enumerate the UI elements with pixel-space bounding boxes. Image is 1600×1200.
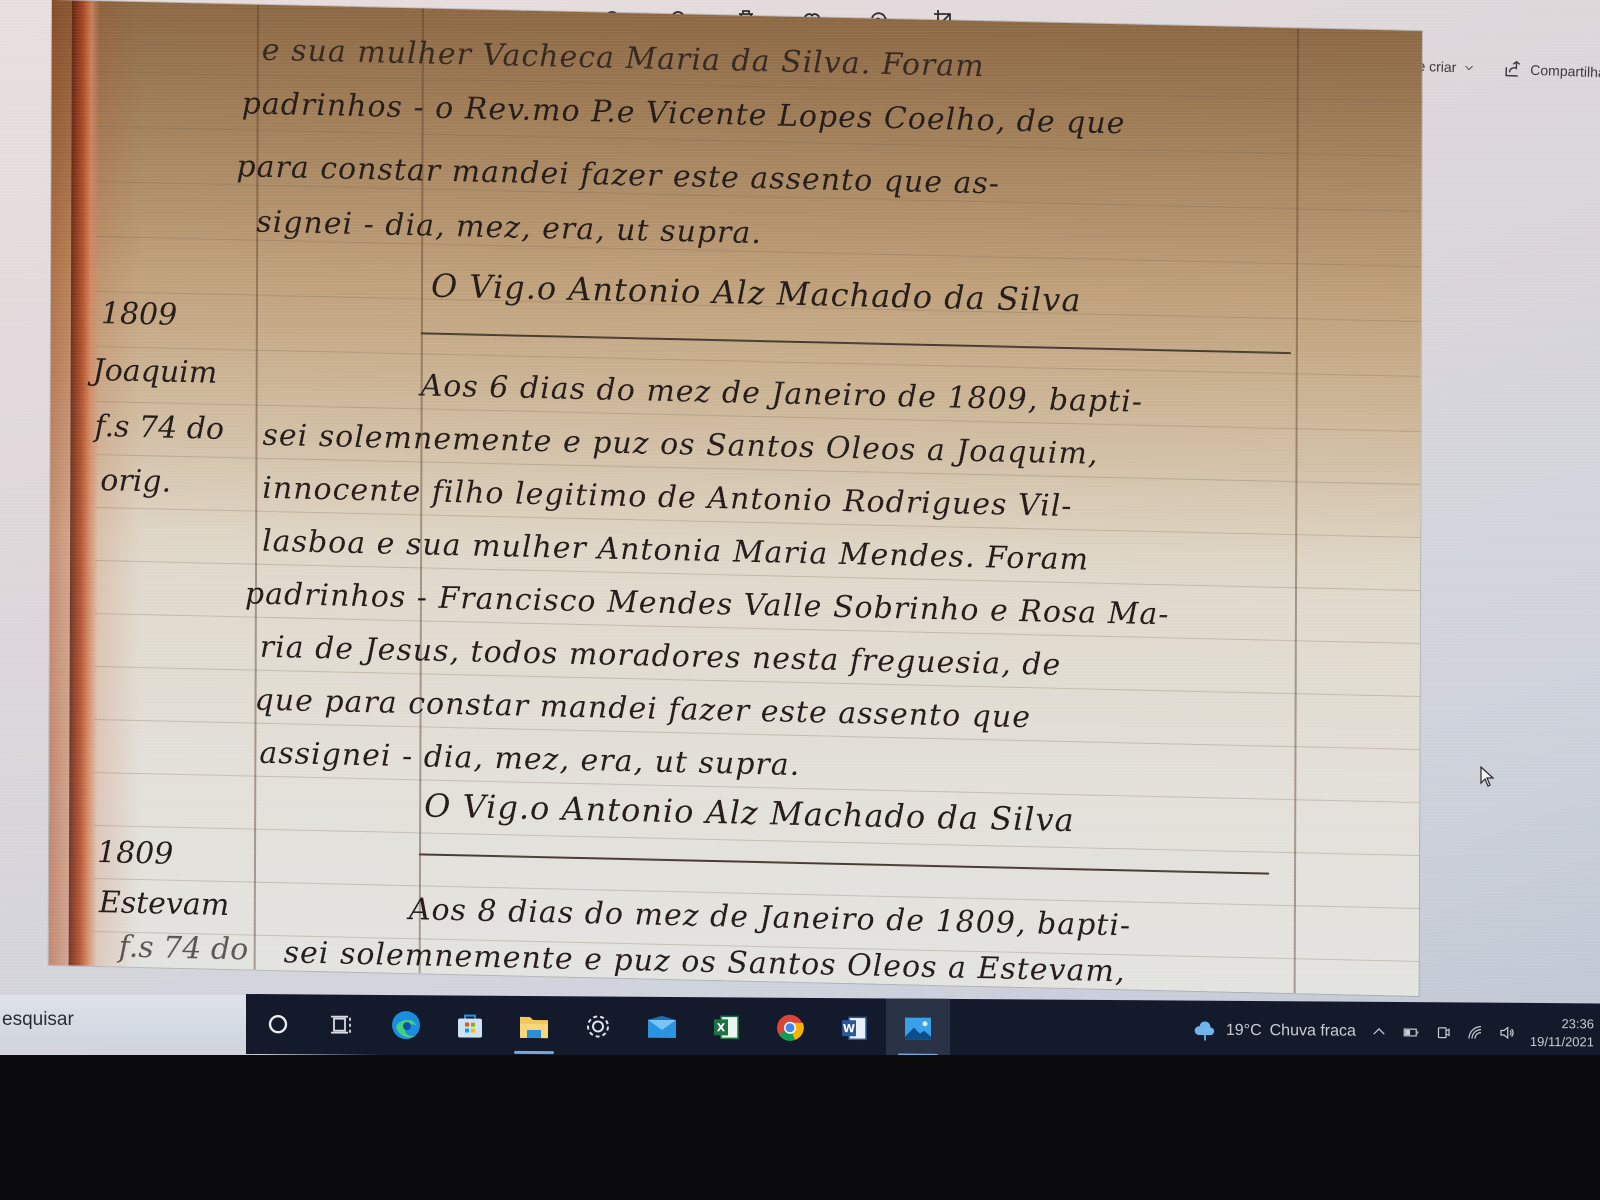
word-icon: W [839,1013,869,1043]
excel-button[interactable]: X [694,997,758,1057]
margin-ref: f.s 74 do [94,409,224,447]
manuscript-photo[interactable]: e sua mulher Vacheca Maria da Silva. For… [49,0,1422,996]
entry-line: padrinhos - Francisco Mendes Valle Sobri… [245,576,1170,632]
entry-separator [419,853,1269,874]
entry-line: sei solemnemente e puz os Santos Oleos a… [284,935,1126,989]
store-icon [455,1010,485,1040]
clock-date: 19/11/2021 [1530,1033,1594,1051]
chevron-down-icon [1463,61,1475,73]
entry-line: assignei - dia, mez, era, ut supra. [259,736,800,783]
margin-name: Joaquim [93,353,218,391]
cortana-icon [266,1012,290,1036]
chrome-icon [775,1013,805,1043]
task-view-icon [329,1013,355,1037]
file-explorer-button[interactable] [502,996,566,1056]
monitor-bezel [0,1055,1600,1200]
chevron-up-icon[interactable] [1370,1023,1388,1041]
taskbar-apps: X W [246,994,950,1059]
entry-line: sei solemnemente e puz os Santos Oleos a… [262,418,1098,472]
entry-line: Aos 6 dias do mez de Janeiro de 1809, ba… [421,368,1143,419]
store-button[interactable] [438,995,502,1055]
word-button[interactable]: W [822,998,886,1058]
entry-line: signei - dia, mez, era, ut supra. [256,205,762,251]
edge-button[interactable] [374,995,438,1055]
volume-icon[interactable] [1498,1024,1516,1042]
margin-year: 1809 [101,296,177,333]
edge-icon [390,1009,422,1041]
battery-icon[interactable] [1402,1023,1420,1041]
margin-name: Estevam [99,885,230,923]
entry-line: lasboa e sua mulher Antonia Maria Mendes… [262,524,1089,578]
clock-time: 23:36 [1561,1015,1594,1033]
photos-icon [903,1015,933,1043]
wifi-icon[interactable] [1466,1024,1484,1042]
mouse-cursor-icon [1480,766,1496,788]
task-view-button[interactable] [310,994,374,1054]
weather-temp: 19°C [1226,1022,1262,1040]
share-label: Compartilhar [1530,62,1600,81]
chrome-button[interactable] [758,998,822,1058]
signature: O Vig.o Antonio Alz Machado da Silva [431,267,1082,320]
folder-icon [518,1012,550,1040]
weather-condition: Chuva fraca [1270,1022,1356,1041]
monitor-screen: Editar e criar Compartilhar e sua [0,0,1600,1070]
signature: O Vig.o Antonio Alz Machado da Silva [424,786,1075,839]
excel-icon: X [711,1012,741,1042]
right-rule [1294,28,1299,993]
margin-ref: f.s 74 do [119,930,249,968]
margin-orig: orig. [100,463,171,500]
svg-text:X: X [717,1021,726,1034]
mail-button[interactable] [630,997,694,1057]
search-placeholder: esquisar [2,1009,74,1031]
margin-year: 1809 [97,835,173,872]
share-button[interactable]: Compartilhar [1503,59,1600,83]
entry-line: innocente filho legitimo de Antonio Rodr… [262,471,1072,524]
settings-button[interactable] [566,996,630,1056]
meet-now-icon[interactable] [1434,1023,1452,1041]
cortana-button[interactable] [246,994,310,1054]
entry-line: ria de Jesus, todos moradores nesta freg… [260,630,1062,683]
page-edge [69,0,100,966]
mail-icon [646,1014,678,1040]
photos-button[interactable] [886,998,950,1058]
cloud-rain-icon [1192,1018,1218,1044]
clock[interactable]: 23:36 19/11/2021 [1530,1015,1594,1051]
share-icon [1503,59,1524,80]
taskbar: X W 19°C Chuva fraca 23:36 19/11/2021 [246,994,1600,1063]
weather-widget[interactable]: 19°C Chuva fraca [1192,1018,1356,1045]
entry-separator [421,332,1291,354]
taskbar-search-box[interactable]: esquisar [0,995,246,1045]
gear-icon [583,1011,613,1041]
entry-line: que para constar mandei fazer este assen… [255,683,1032,736]
svg-text:W: W [843,1022,855,1035]
